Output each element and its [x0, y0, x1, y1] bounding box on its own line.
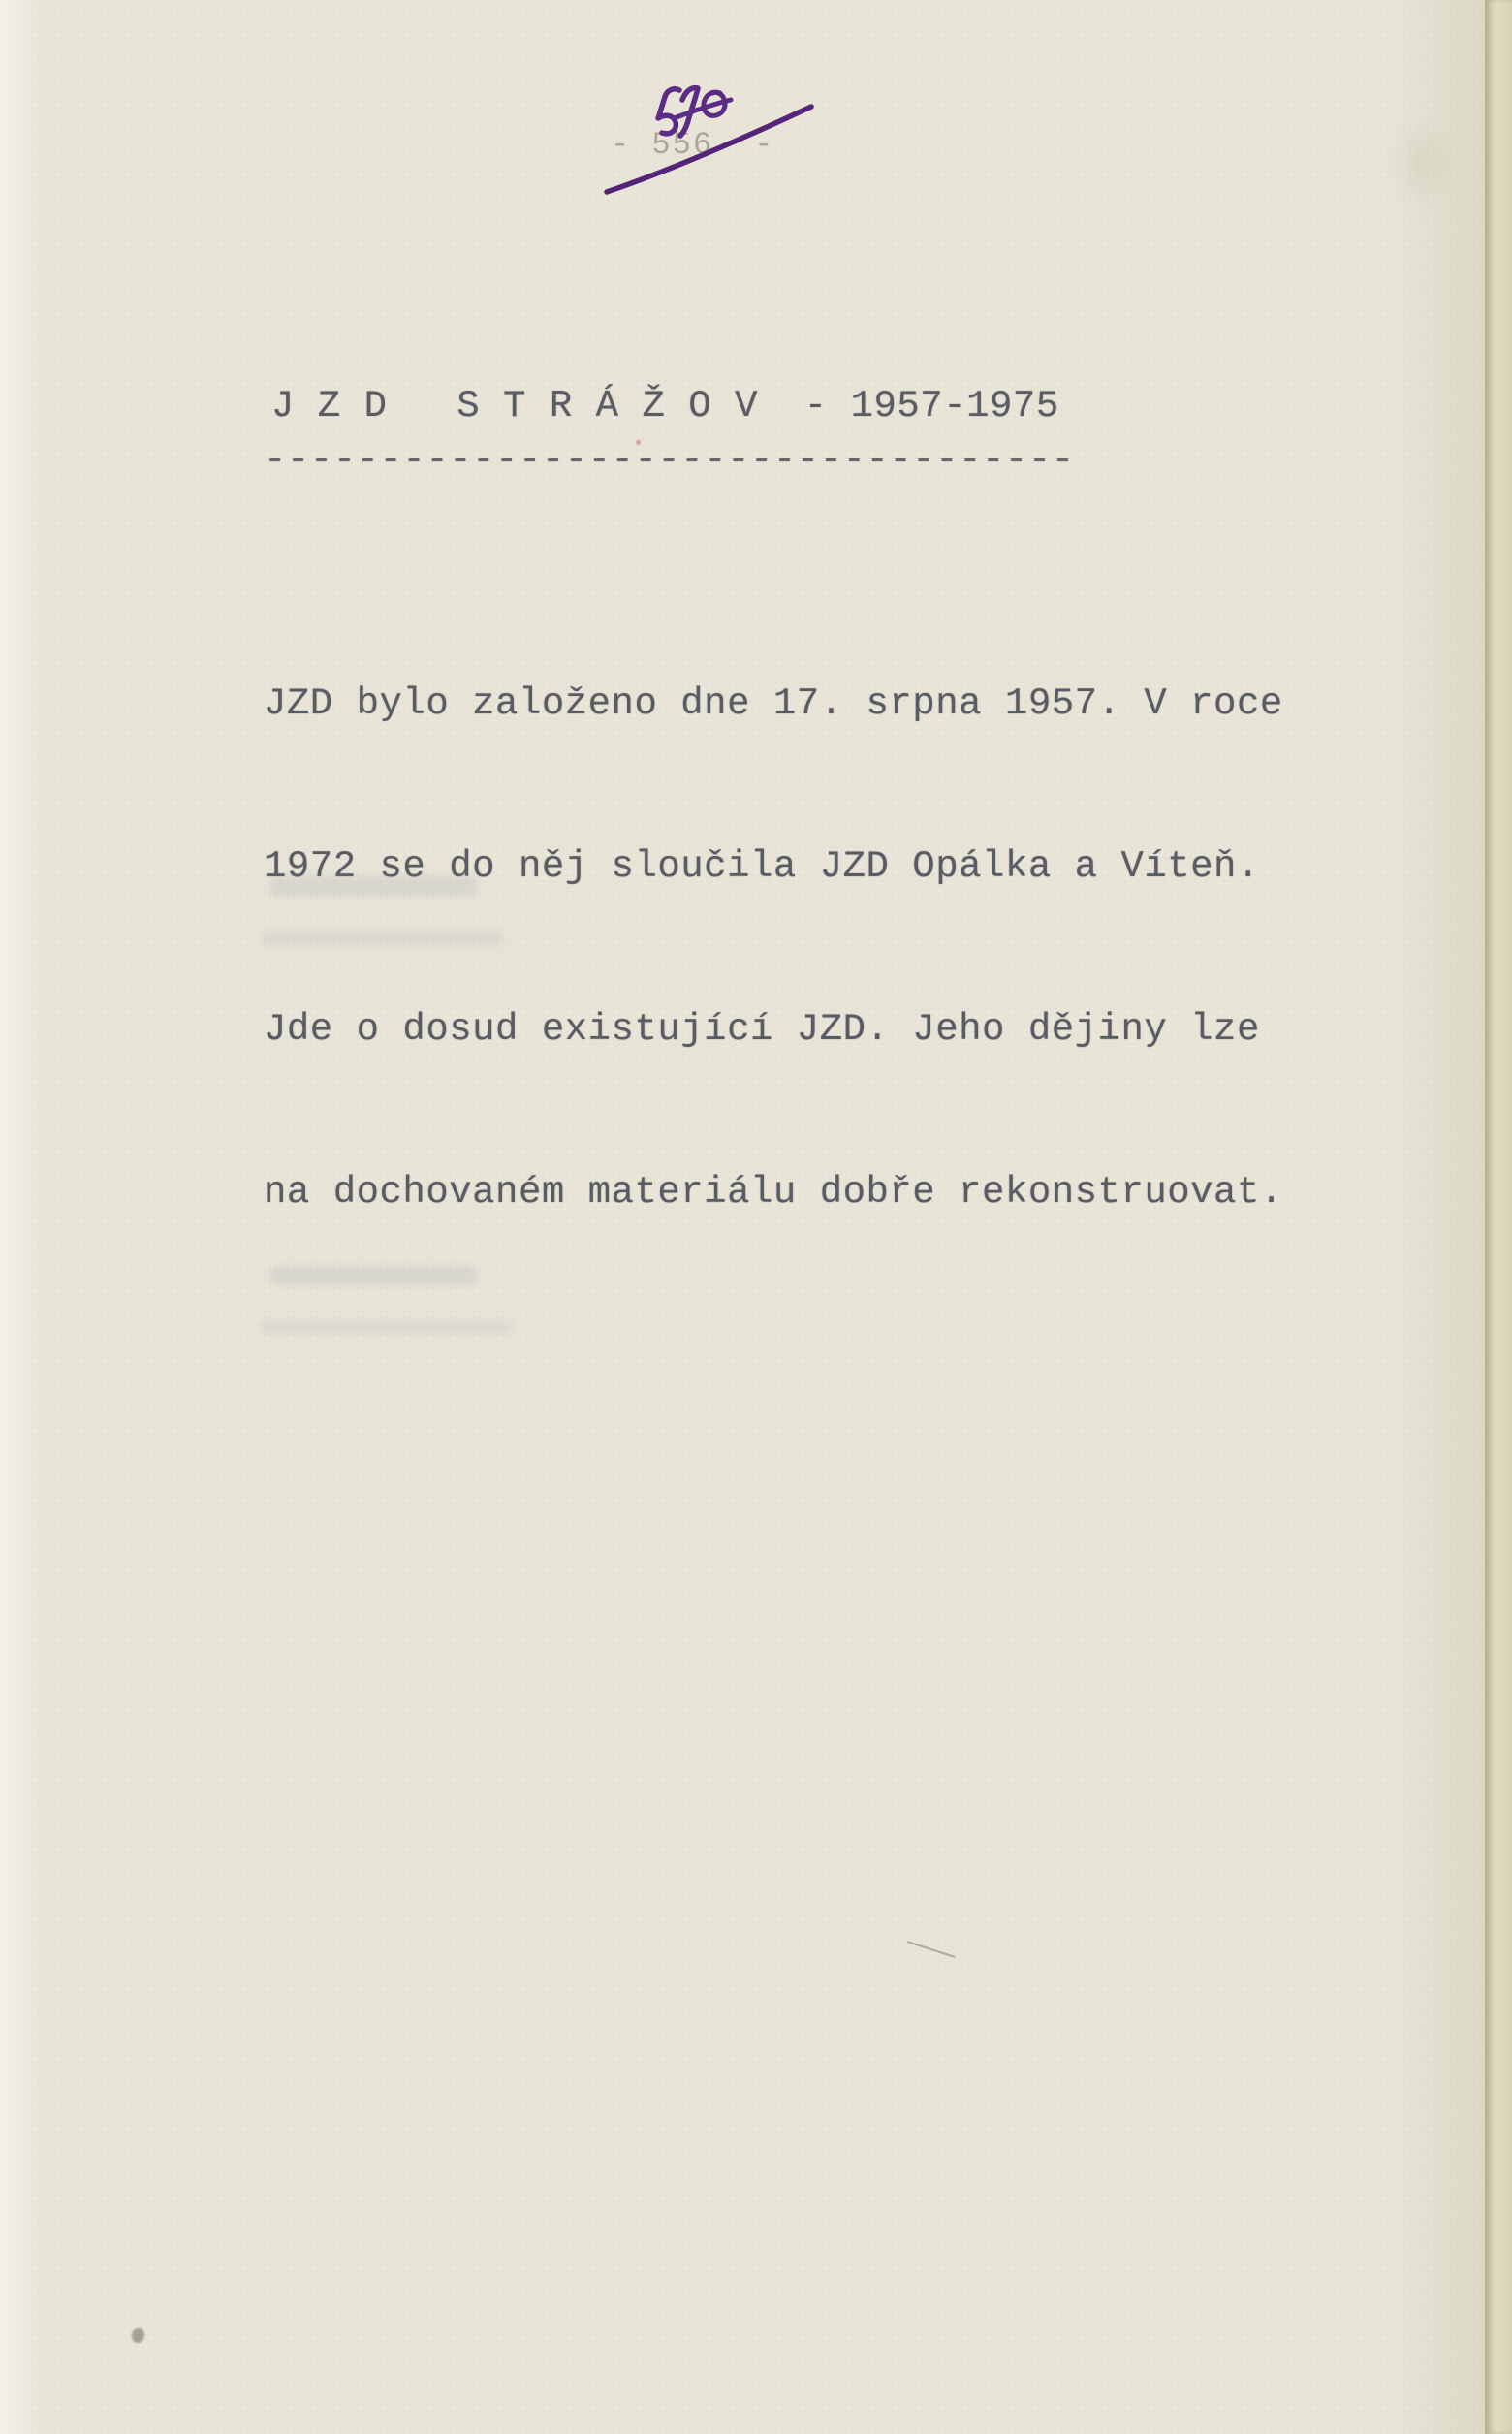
title-underline: -----------------------------------: [264, 439, 1075, 482]
handwritten-digit-5: [658, 89, 679, 134]
book-edge-band: [1485, 0, 1512, 2434]
paragraph-line: Jde o dosud existující JZD. Jeho dějiny …: [264, 1002, 1283, 1057]
handwritten-page-number: [582, 68, 834, 204]
paper-scratch: [907, 1941, 956, 1958]
page-left-highlight: [0, 0, 41, 2434]
body-paragraph: JZD bylo založeno dne 17. srpna 1957. V …: [264, 568, 1283, 1274]
document-title: J Z D S T R Á Ž O V - 1957-1975: [271, 385, 1059, 427]
paragraph-line: na dochovaném materiálu dobře rekonstruo…: [264, 1165, 1283, 1219]
paper-speck: [132, 2328, 144, 2343]
paragraph-line: JZD bylo založeno dne 17. srpna 1957. V …: [264, 677, 1283, 731]
paragraph-line: 1972 se do něj sloučila JZD Opálka a Vít…: [264, 839, 1283, 894]
paper-red-speck: [636, 440, 641, 445]
scanned-document-page: { "page": { "handwritten_number": "570",…: [0, 0, 1512, 2434]
strikethrough-stroke: [607, 107, 811, 192]
ink-bleedthrough: [260, 1320, 514, 1335]
page-right-shading: [1394, 0, 1485, 2434]
